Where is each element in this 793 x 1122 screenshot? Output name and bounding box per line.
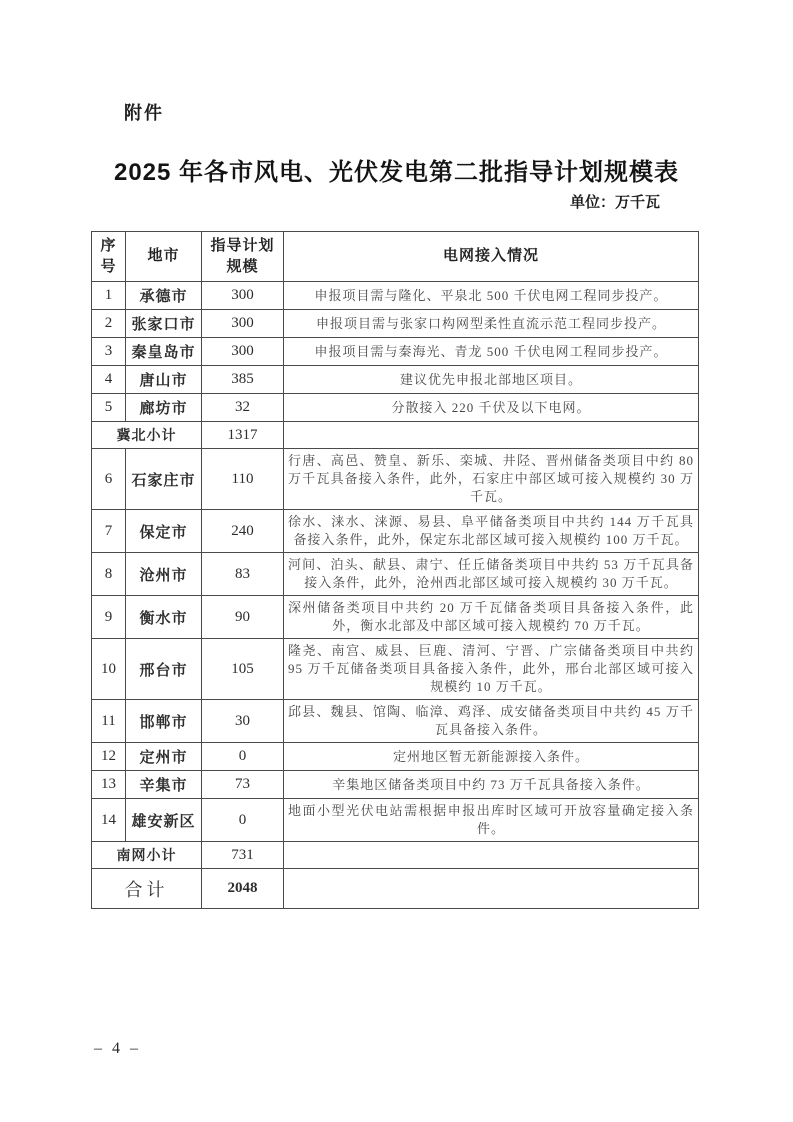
scale-cell: 83 xyxy=(202,553,284,596)
city-cell: 唐山市 xyxy=(126,366,202,394)
grid-remark-cell: 河间、泊头、献县、肃宁、任丘储备类项目中共约 53 万千瓦具备接入条件，此外，沧… xyxy=(284,553,699,596)
city-cell: 承德市 xyxy=(126,282,202,310)
row-number-cell: 13 xyxy=(92,771,126,799)
city-cell: 雄安新区 xyxy=(126,799,202,842)
city-cell: 衡水市 xyxy=(126,596,202,639)
page-number: – 4 – xyxy=(94,1040,141,1058)
city-cell: 秦皇岛市 xyxy=(126,338,202,366)
table-row: 2张家口市300申报项目需与张家口构网型柔性直流示范工程同步投产。 xyxy=(92,310,699,338)
table-row: 5廊坊市32分散接入 220 千伏及以下电网。 xyxy=(92,394,699,422)
table-row: 11邯郸市30邱县、魏县、馆陶、临漳、鸡泽、成安储备类项目中共约 45 万千瓦具… xyxy=(92,700,699,743)
row-number-cell: 4 xyxy=(92,366,126,394)
unit-label: 单位：万千瓦 xyxy=(570,191,660,212)
table-row: 12定州市0定州地区暂无新能源接入条件。 xyxy=(92,743,699,771)
plan-table-body: 1承德市300申报项目需与隆化、平泉北 500 千伏电网工程同步投产。2张家口市… xyxy=(92,282,699,909)
grid-remark-cell: 申报项目需与隆化、平泉北 500 千伏电网工程同步投产。 xyxy=(284,282,699,310)
grid-remark-cell: 建议优先申报北部地区项目。 xyxy=(284,366,699,394)
city-cell: 沧州市 xyxy=(126,553,202,596)
grid-remark-cell: 徐水、涞水、涞源、易县、阜平储备类项目中共约 144 万千瓦具备接入条件，此外，… xyxy=(284,510,699,553)
scale-cell: 731 xyxy=(202,842,284,869)
city-cell: 定州市 xyxy=(126,743,202,771)
city-cell: 邢台市 xyxy=(126,639,202,700)
page-title: 2025 年各市风电、光伏发电第二批指导计划规模表 xyxy=(0,152,793,187)
table-row: 8沧州市83河间、泊头、献县、肃宁、任丘储备类项目中共约 53 万千瓦具备接入条… xyxy=(92,553,699,596)
row-number-cell: 2 xyxy=(92,310,126,338)
grid-remark-cell: 隆尧、南宫、威县、巨鹿、清河、宁晋、广宗储备类项目中共约 95 万千瓦储备类项目… xyxy=(284,639,699,700)
summary-label-cell: 冀北小计 xyxy=(92,422,202,449)
scale-cell: 300 xyxy=(202,338,284,366)
scale-cell: 105 xyxy=(202,639,284,700)
scale-cell: 2048 xyxy=(202,869,284,909)
grid-remark-cell: 申报项目需与张家口构网型柔性直流示范工程同步投产。 xyxy=(284,310,699,338)
scale-cell: 30 xyxy=(202,700,284,743)
city-cell: 辛集市 xyxy=(126,771,202,799)
row-number-cell: 6 xyxy=(92,449,126,510)
city-cell: 邯郸市 xyxy=(126,700,202,743)
plan-table-header: 序 号 地市 指导计划 规模 电网接入情况 xyxy=(92,232,699,282)
scale-cell: 300 xyxy=(202,310,284,338)
table-row: 4唐山市385建议优先申报北部地区项目。 xyxy=(92,366,699,394)
table-row: 10邢台市105隆尧、南宫、威县、巨鹿、清河、宁晋、广宗储备类项目中共约 95 … xyxy=(92,639,699,700)
total-row: 合计2048 xyxy=(92,869,699,909)
grid-remark-cell: 深州储备类项目中共约 20 万千瓦储备类项目具备接入条件，此外，衡水北部及中部区… xyxy=(284,596,699,639)
table-row: 7保定市240徐水、涞水、涞源、易县、阜平储备类项目中共约 144 万千瓦具备接… xyxy=(92,510,699,553)
header-city: 地市 xyxy=(126,232,202,282)
table-row: 6石家庄市110行唐、高邑、赞皇、新乐、栾城、井陉、晋州储备类项目中约 80 万… xyxy=(92,449,699,510)
header-no: 序 号 xyxy=(92,232,126,282)
row-number-cell: 11 xyxy=(92,700,126,743)
table-row: 1承德市300申报项目需与隆化、平泉北 500 千伏电网工程同步投产。 xyxy=(92,282,699,310)
plan-table: 序 号 地市 指导计划 规模 电网接入情况 1承德市300申报项目需与隆化、平泉… xyxy=(91,231,699,909)
grid-remark-cell: 邱县、魏县、馆陶、临漳、鸡泽、成安储备类项目中共约 45 万千瓦具备接入条件。 xyxy=(284,700,699,743)
scale-cell: 90 xyxy=(202,596,284,639)
summary-label-cell: 合计 xyxy=(92,869,202,909)
city-cell: 保定市 xyxy=(126,510,202,553)
summary-label-cell: 南网小计 xyxy=(92,842,202,869)
row-number-cell: 5 xyxy=(92,394,126,422)
scale-cell: 32 xyxy=(202,394,284,422)
row-number-cell: 7 xyxy=(92,510,126,553)
scale-cell: 0 xyxy=(202,743,284,771)
scale-cell: 240 xyxy=(202,510,284,553)
document-page: 附件 2025 年各市风电、光伏发电第二批指导计划规模表 单位：万千瓦 序 号 … xyxy=(0,0,793,1122)
scale-cell: 1317 xyxy=(202,422,284,449)
row-number-cell: 14 xyxy=(92,799,126,842)
header-row: 序 号 地市 指导计划 规模 电网接入情况 xyxy=(92,232,699,282)
grid-remark-cell xyxy=(284,842,699,869)
table-row: 14雄安新区0地面小型光伏电站需根据申报出库时区域可开放容量确定接入条件。 xyxy=(92,799,699,842)
grid-remark-cell: 行唐、高邑、赞皇、新乐、栾城、井陉、晋州储备类项目中约 80 万千瓦具备接入条件… xyxy=(284,449,699,510)
attachment-label: 附件 xyxy=(124,99,164,125)
row-number-cell: 10 xyxy=(92,639,126,700)
row-number-cell: 9 xyxy=(92,596,126,639)
scale-cell: 0 xyxy=(202,799,284,842)
city-cell: 廊坊市 xyxy=(126,394,202,422)
scale-cell: 73 xyxy=(202,771,284,799)
subtotal-row: 南网小计731 xyxy=(92,842,699,869)
row-number-cell: 12 xyxy=(92,743,126,771)
header-grid: 电网接入情况 xyxy=(284,232,699,282)
table-row: 3秦皇岛市300申报项目需与秦海光、青龙 500 千伏电网工程同步投产。 xyxy=(92,338,699,366)
row-number-cell: 1 xyxy=(92,282,126,310)
table-row: 9衡水市90深州储备类项目中共约 20 万千瓦储备类项目具备接入条件，此外，衡水… xyxy=(92,596,699,639)
grid-remark-cell: 辛集地区储备类项目中约 73 万千瓦具备接入条件。 xyxy=(284,771,699,799)
row-number-cell: 8 xyxy=(92,553,126,596)
scale-cell: 300 xyxy=(202,282,284,310)
header-scale: 指导计划 规模 xyxy=(202,232,284,282)
scale-cell: 385 xyxy=(202,366,284,394)
table-row: 13辛集市73辛集地区储备类项目中约 73 万千瓦具备接入条件。 xyxy=(92,771,699,799)
grid-remark-cell xyxy=(284,422,699,449)
grid-remark-cell: 申报项目需与秦海光、青龙 500 千伏电网工程同步投产。 xyxy=(284,338,699,366)
grid-remark-cell xyxy=(284,869,699,909)
grid-remark-cell: 地面小型光伏电站需根据申报出库时区域可开放容量确定接入条件。 xyxy=(284,799,699,842)
grid-remark-cell: 分散接入 220 千伏及以下电网。 xyxy=(284,394,699,422)
city-cell: 石家庄市 xyxy=(126,449,202,510)
subtotal-row: 冀北小计1317 xyxy=(92,422,699,449)
city-cell: 张家口市 xyxy=(126,310,202,338)
scale-cell: 110 xyxy=(202,449,284,510)
row-number-cell: 3 xyxy=(92,338,126,366)
grid-remark-cell: 定州地区暂无新能源接入条件。 xyxy=(284,743,699,771)
